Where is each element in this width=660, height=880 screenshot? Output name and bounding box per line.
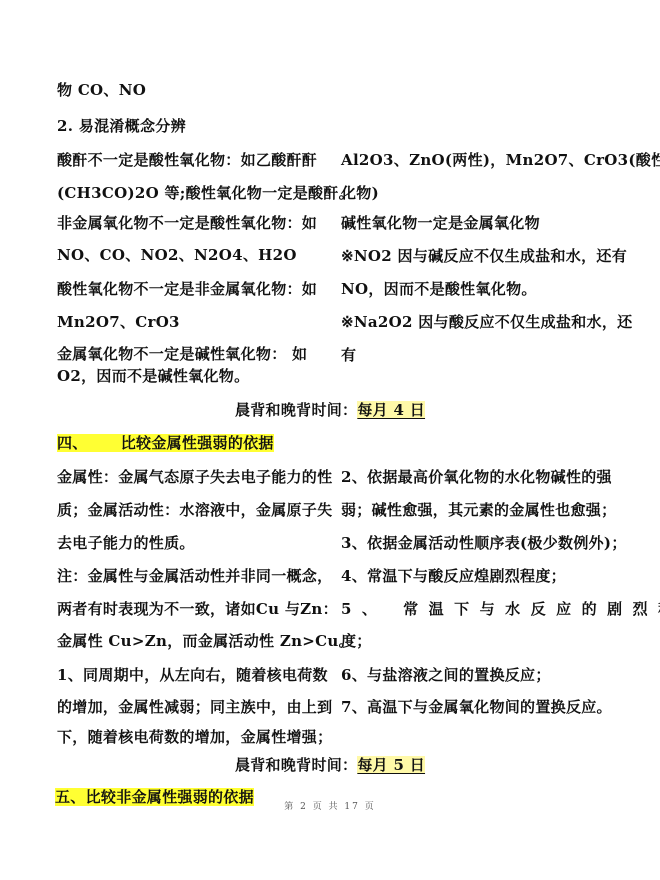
section4-title: 四、 比较金属性强弱的依据 — [57, 433, 274, 453]
right-text-line: 7、高温下与金属氧化物间的置换反应。 — [341, 697, 612, 717]
top-fragment: 物 CO、NO — [57, 80, 146, 100]
left-text-line: 金属氧化物不一定是碱性氧化物： 如 — [57, 344, 307, 364]
right-text-line: 4、常温下与酸反应煌剧烈程度； — [341, 566, 566, 586]
left-text-line: 去电子能力的性质。 — [57, 533, 195, 553]
left-text-line: (CH3CO)2O 等;酸性氧化物一定是酸酐。 — [57, 183, 354, 203]
right-text-line: 3、依据金属活动性顺序表(极少数例外)； — [341, 533, 627, 553]
section4-title-text: 四、 比较金属性强弱的依据 — [57, 434, 274, 452]
right-text-line: 2、依据最高价氧化物的水化物碱性的强 — [341, 467, 612, 487]
recite-time-1: 晨背和晚背时间：每月 4 日 — [0, 400, 660, 420]
left-text-line: 酸酐不一定是酸性氧化物：如乙酸酐酐 — [57, 150, 317, 170]
left-text-line: 的增加，金属性减弱；同主族中，由上到 — [57, 697, 332, 717]
right-text-line: ※Na2O2 因与酸反应不仅生成盐和水，还 — [341, 312, 632, 332]
left-text-line: 两者有时表现为不一致，诸如Cu 与Zn： — [57, 599, 338, 619]
right-text-line: 碱性氧化物一定是金属氧化物 — [341, 213, 540, 233]
recite-time-value: 每月 4 日 — [357, 401, 425, 419]
right-text-line: NO，因而不是酸性氧化物。 — [341, 279, 537, 299]
right-text-line: 5、 常温下与水反应的剧烈程 — [341, 599, 660, 619]
recite-time-label: 晨背和晚背时间： — [235, 756, 357, 774]
recite-time-value: 每月 5 日 — [357, 756, 425, 774]
right-text-line: 弱；碱性愈强，其元素的金属性也愈强； — [341, 500, 616, 520]
section2-title: 2. 易混淆概念分辨 — [57, 116, 186, 136]
right-text-line: 度； — [341, 631, 372, 651]
recite-time-2: 晨背和晚背时间：每月 5 日 — [0, 755, 660, 775]
left-text-line: 酸性氧化物不一定是非金属氧化物：如 — [57, 279, 317, 299]
left-text-line: 非金属氧化物不一定是酸性氧化物：如 — [57, 213, 317, 233]
right-text-line: 6、与盐溶液之间的置换反应； — [341, 665, 551, 685]
left-text-line: NO、CO、NO2、N2O4、H2O — [57, 245, 297, 265]
left-text-line: 注：金属性与金属活动性并非同一概念， — [57, 566, 332, 586]
left-text-line: 1、同周期中，从左向右，随着核电荷数 — [57, 665, 328, 685]
left-text-line: 金属性：金属气态原子失去电子能力的性 — [57, 467, 332, 487]
left-text-line: O2，因而不是碱性氧化物。 — [57, 366, 249, 386]
page-footer: 第 2 页 共 17 页 — [0, 799, 660, 812]
left-text-line: 下，随着核电荷数的增加，金属性增强； — [57, 727, 332, 747]
right-text-line: ※NO2 因与碱反应不仅生成盐和水，还有 — [341, 246, 627, 266]
right-text-line: Al2O3、ZnO(两性)，Mn2O7、CrO3(酸性氧 — [341, 150, 660, 170]
recite-time-label: 晨背和晚背时间： — [235, 401, 357, 419]
right-text-line: 化物) — [341, 183, 379, 203]
left-text-line: 质；金属活动性：水溶液中，金属原子失 — [57, 500, 332, 520]
left-text-line: 金属性 Cu>Zn，而金属活动性 Zn>Cu。 — [57, 631, 354, 651]
right-text-line: 有 — [341, 345, 356, 365]
left-text-line: Mn2O7、CrO3 — [57, 312, 180, 332]
